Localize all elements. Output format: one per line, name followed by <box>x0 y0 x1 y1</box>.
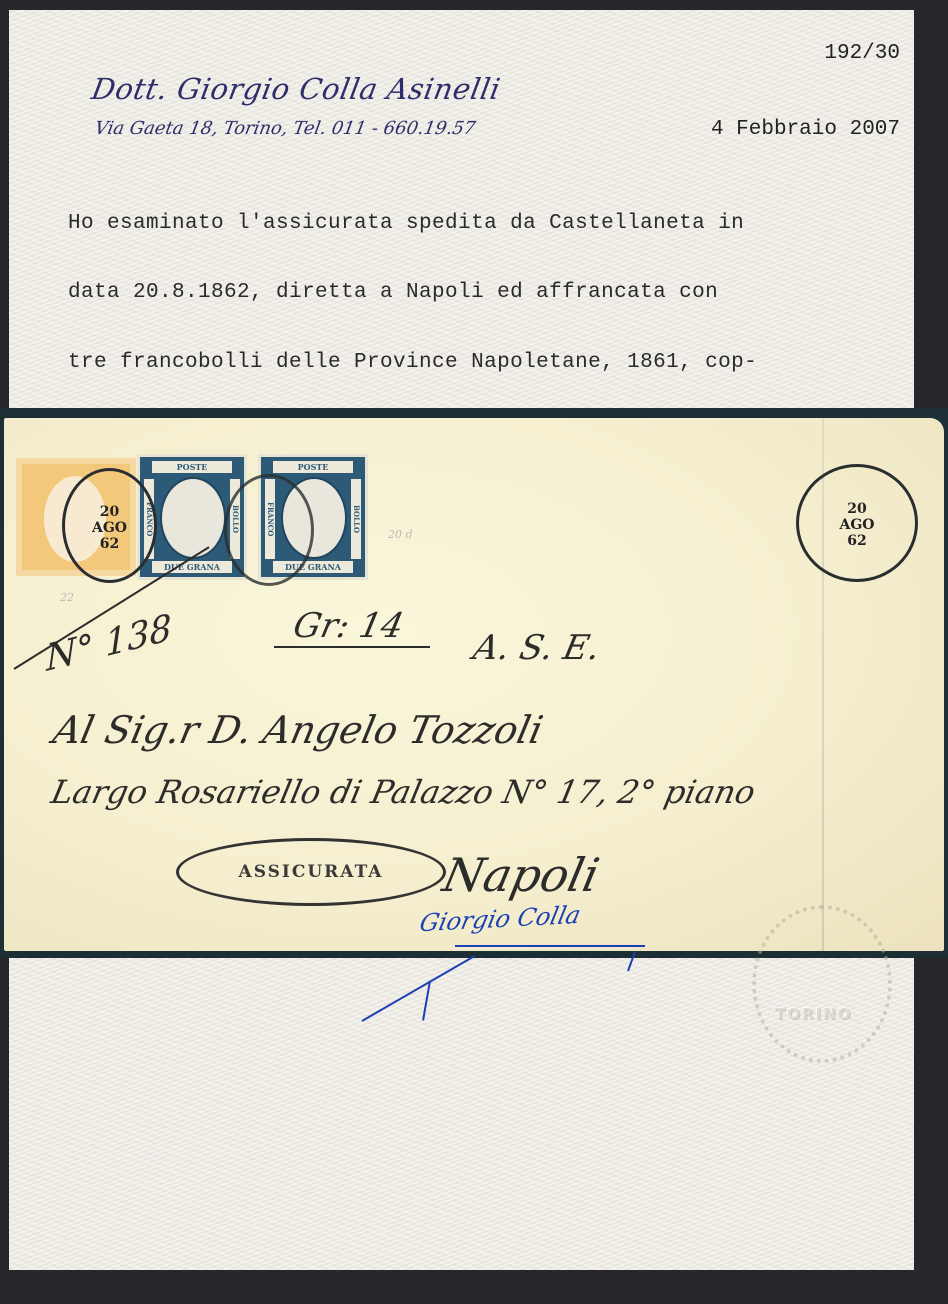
addressee: Al Sig.r D. Angelo Tozzoli <box>49 708 546 752</box>
cover-photo: POSTE FRANCO BOLLO DUE GRANA POSTE FRANC… <box>4 418 944 951</box>
body-line: data 20.8.1862, diretta a Napoli ed affr… <box>68 281 868 304</box>
postmark-castellaneta-arrival: 20 AGO 62 <box>796 464 918 582</box>
stamp-top-label: POSTE <box>273 461 353 473</box>
pencil-note: 20 d <box>388 528 413 541</box>
assicurata-cachet: ASSICURATA <box>176 838 446 906</box>
destination-city: Napoli <box>438 848 604 902</box>
stamp-right-label: BOLLO <box>351 479 361 559</box>
registration-number: N° 138 <box>45 607 172 680</box>
stamp-top-label: POSTE <box>152 461 232 473</box>
body-line: Ho esaminato l'assicurata spedita da Cas… <box>68 212 868 235</box>
address-line: Largo Rosariello di Palazzo N° 17, 2° pi… <box>48 773 759 811</box>
issuer-address: Via Gaeta 18, Torino, Tel. 011 - 660.19.… <box>93 118 477 139</box>
embossed-seal-text: TORINO <box>775 1005 852 1023</box>
signature-underline <box>455 945 645 947</box>
postmark-castellaneta <box>224 474 314 586</box>
certificate-number: 192/30 <box>824 42 900 65</box>
stamp-bottom-label: DUE GRANA <box>152 561 232 573</box>
certificate-date: 4 Febbraio 2007 <box>711 118 900 141</box>
body-line: tre francobolli delle Province Napoletan… <box>68 351 868 374</box>
weight-underline <box>274 646 430 648</box>
weight-note: Gr: 14 <box>290 606 407 646</box>
stamp-portrait-oval <box>160 477 226 559</box>
embossed-seal <box>752 905 892 1063</box>
issuer-name: Dott. Giorgio Colla Asinelli <box>89 72 503 106</box>
postmark-castellaneta: 20 AGO 62 <box>62 468 157 583</box>
honorific: A. S. E. <box>470 628 604 668</box>
pencil-note: 22 <box>60 591 74 604</box>
